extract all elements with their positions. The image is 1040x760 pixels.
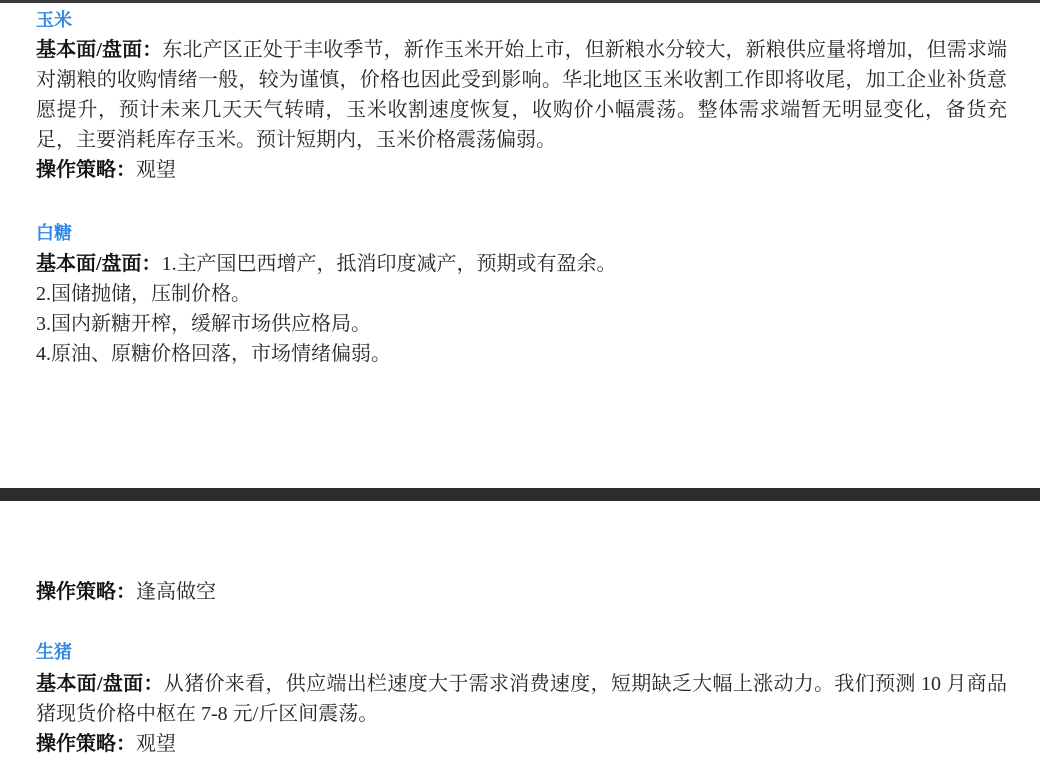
sugar-point-3: 3.国内新糖开榨，缓解市场供应格局。	[36, 309, 1007, 339]
hog-fundamental-label: 基本面/盘面：	[36, 673, 164, 695]
hog-strategy-line: 操作策略：观望	[36, 729, 1007, 759]
corn-strategy-label: 操作策略：	[36, 159, 136, 181]
corn-strategy-text: 观望	[136, 159, 176, 181]
report-page-2: 操作策略：逢高做空 生猪 基本面/盘面：从猪价来看，供应端出栏速度大于需求消费速…	[0, 577, 1040, 759]
page-separator	[0, 488, 1040, 501]
corn-strategy-line: 操作策略：观望	[36, 155, 1007, 185]
hog-strategy-text: 观望	[136, 733, 176, 755]
sugar-point-1: 基本面/盘面：1.主产国巴西增产，抵消印度减产，预期或有盈余。	[36, 249, 1007, 279]
sugar-point-1-text: 1.主产国巴西增产，抵消印度减产，预期或有盈余。	[162, 253, 617, 275]
hog-fundamental-paragraph: 基本面/盘面：从猪价来看，供应端出栏速度大于需求消费速度，短期缺乏大幅上涨动力。…	[36, 669, 1007, 729]
sugar-section-title: 白糖	[36, 221, 1007, 245]
section-sugar: 白糖 基本面/盘面：1.主产国巴西增产，抵消印度减产，预期或有盈余。 2.国储抛…	[36, 221, 1007, 369]
hog-strategy-label: 操作策略：	[36, 733, 136, 755]
carryover-strategy-line: 操作策略：逢高做空	[36, 577, 1007, 607]
sugar-point-2: 2.国储抛储，压制价格。	[36, 279, 1007, 309]
sugar-point-4: 4.原油、原糖价格回落，市场情绪偏弱。	[36, 339, 1007, 369]
corn-fundamental-label: 基本面/盘面：	[36, 39, 162, 61]
corn-fundamental-text: 东北产区正处于丰收季节，新作玉米开始上市，但新粮水分较大，新粮供应量将增加，但需…	[36, 39, 1007, 151]
hog-fundamental-text: 从猪价来看，供应端出栏速度大于需求消费速度，短期缺乏大幅上涨动力。我们预测 10…	[36, 673, 1007, 725]
pdf-document-view: { "colors": { "section_heading": "#2E87E…	[0, 0, 1040, 760]
corn-section-title: 玉米	[36, 8, 1007, 32]
corn-fundamental-paragraph: 基本面/盘面：东北产区正处于丰收季节，新作玉米开始上市，但新粮水分较大，新粮供应…	[36, 35, 1007, 155]
sugar-fundamental-label: 基本面/盘面：	[36, 253, 162, 275]
section-corn: 玉米 基本面/盘面：东北产区正处于丰收季节，新作玉米开始上市，但新粮水分较大，新…	[36, 8, 1007, 185]
carryover-strategy-text: 逢高做空	[136, 581, 216, 603]
hog-section-title: 生猪	[36, 640, 1007, 664]
report-page-1: 玉米 基本面/盘面：东北产区正处于丰收季节，新作玉米开始上市，但新粮水分较大，新…	[0, 3, 1040, 369]
section-hog: 生猪 基本面/盘面：从猪价来看，供应端出栏速度大于需求消费速度，短期缺乏大幅上涨…	[36, 640, 1007, 759]
carryover-strategy-label: 操作策略：	[36, 581, 136, 603]
